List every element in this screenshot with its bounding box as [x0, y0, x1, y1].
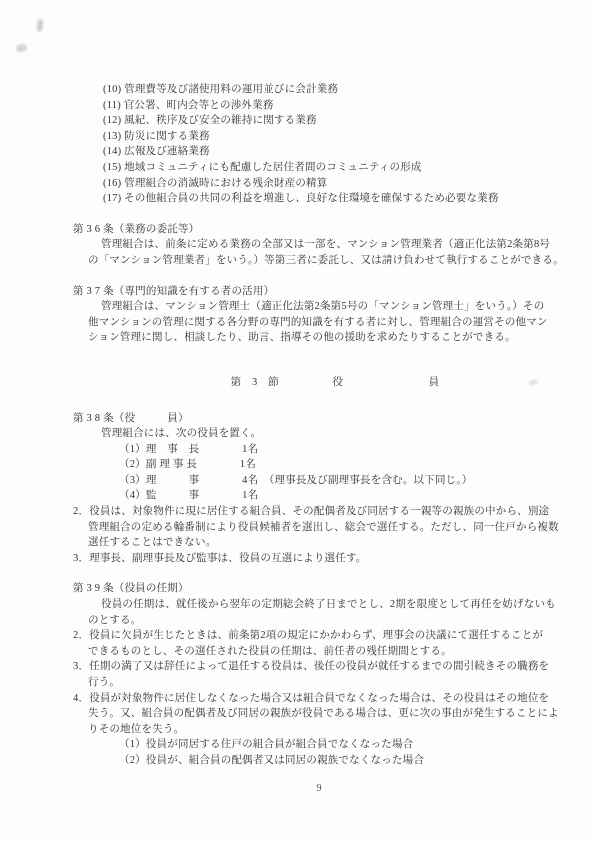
paragraph-line: のとする。 [88, 613, 555, 629]
clause-line: 4．役員が対象物件に居住しなくなった場合又は組合員でなくなった場合は、その役員は… [73, 691, 555, 707]
article-heading: 第 3 9 条（役員の任期） [73, 581, 555, 597]
list-item: (14) 広報及び連絡業務 [103, 144, 555, 160]
list-item: (10) 管理費等及び諸使用料の運用並びに会計業務 [103, 82, 555, 98]
list-item: (16) 管理組合の消滅時における残余財産の精算 [103, 176, 555, 192]
clause-line: 選任することはできない。 [88, 535, 555, 551]
list-item: (13) 防災に関する業務 [103, 129, 555, 145]
officer-row: （1）理 事 長 1名 [119, 442, 555, 458]
paragraph-line: 他マンションの管理に関する各分野の専門的知識を有する者に対し、管理組合の運営その… [88, 315, 555, 331]
page-number: 9 [73, 781, 555, 797]
officer-row: （4）監 事 1名 [119, 488, 555, 504]
article-heading: 第 3 6 条（業務の委託等） [73, 222, 555, 238]
clause-line: りその地位を失う。 [88, 722, 555, 738]
clause-line: 3．理事長、副理事長及び監事は、役員の互選により選任す。 [73, 551, 555, 567]
article-heading: 第 3 8 条（役 員） [73, 411, 555, 427]
paragraph-line: 管理組合は、前条に定める業務の全部又は一部を、マンション管理業者（適正化法第2条… [101, 237, 555, 253]
list-item: (12) 風紀、秩序及び安全の維持に関する業務 [103, 113, 555, 129]
article-heading: 第 3 7 条（専門的知識を有する者の活用） [73, 284, 555, 300]
clause-line: 行う。 [88, 675, 555, 691]
document-body: (10) 管理費等及び諸使用料の運用並びに会計業務(11) 官公署、町内会等との… [0, 82, 595, 796]
sub-list-item: （2）役員が、組合員の配偶者又は同居の親族でなくなった場合 [119, 753, 555, 769]
clause-line: 2．役員に欠員が生じたときは、前条第2項の規定にかかわらず、理事会の決議にて選任… [73, 628, 555, 644]
paragraph-line: 管理組合は、マンション管理士（適正化法第2条第5号の「マンション管理士」をいう。… [101, 299, 555, 315]
document-page: (10) 管理費等及び諸使用料の運用並びに会計業務(11) 官公署、町内会等との… [0, 0, 595, 842]
list-item: (15) 地域コミュニティにも配慮した居住者間のコミュニティの形成 [103, 160, 555, 176]
list-item: (11) 官公署、町内会等との渉外業務 [103, 98, 555, 114]
officer-row: （2）副 理 事 長 1名 [119, 457, 555, 473]
paragraph-line: ション管理に関し、相談したり、助言、指導その他の援助を求めたりすることができる。 [88, 330, 555, 346]
list-item: (17) その他組合員の共同の利益を増進し、良好な住環境を確保するため必要な業務 [103, 191, 555, 207]
clause-line: できるものとし、その選任された役員の任期は、前任者の残任期間とする。 [88, 644, 555, 660]
paragraph-line: 役員の任期は、就任後から翌年の定期総会終了日までとし、2期を限度として再任を妨げ… [101, 597, 555, 613]
paragraph-line: 管理組合には、次の役員を置く。 [101, 426, 555, 442]
clause-line: 失う。又、組合員の配偶者及び同居の親族が役員である場合は、更に次の事由が発生する… [88, 706, 555, 722]
clause-line: 2．役員は、対象物件に現に居住する組合員、その配偶者及び同居する一親等の親族の中… [73, 504, 555, 520]
clause-line: 3．任期の満了又は辞任によって退任する役員は、後任の役員が就任するまでの間引続き… [73, 659, 555, 675]
scan-artifact [15, 43, 27, 53]
officer-row: （3）理 事 4名 （理事長及び副理事長を含む。以下同じ。） [119, 473, 555, 489]
sub-list-item: （1）役員が同居する住戸の組合員が組合員でなくなった場合 [119, 737, 555, 753]
section-heading: 第 3 節 役 員 [73, 375, 555, 391]
scan-artifact [36, 19, 44, 33]
clause-line: 管理組合の定める輪番制により役員候補者を選出し、総会で選任する。ただし、同一住戸… [88, 520, 555, 536]
paragraph-line: の「マンション管理業者」をいう。）等第三者に委託し、又は請け負わせて執行すること… [88, 253, 555, 269]
